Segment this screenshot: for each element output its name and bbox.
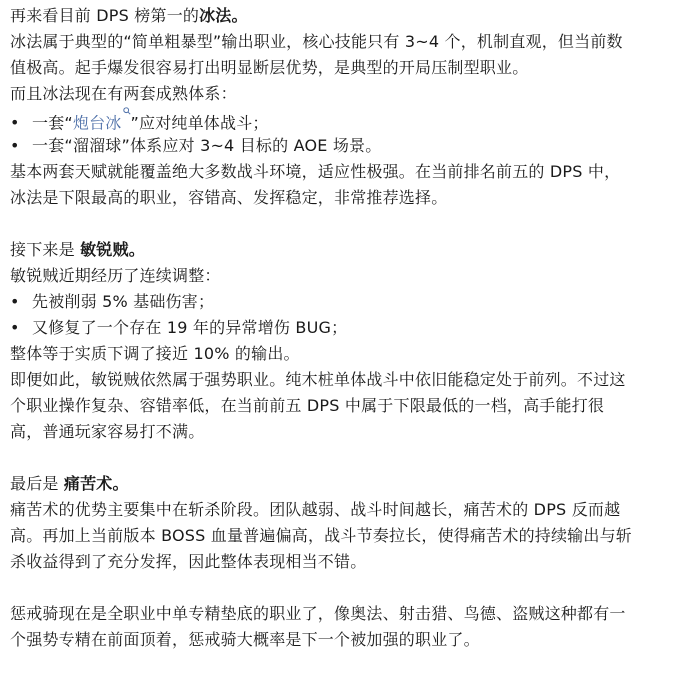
spacer [10, 211, 685, 237]
rogue-heading: 接下来是 敏锐贼。 [10, 237, 685, 263]
paragraph-line: 冰法属于典型的“简单粗暴型”输出职业，核心技能只有 3~4 个，机制直观，但当前… [10, 29, 685, 55]
paragraph-line: 而且冰法现在有两套成熟体系： [10, 81, 685, 107]
warlock-heading: 最后是 痛苦术。 [10, 471, 685, 497]
paragraph-line: 基本两套天赋就能覆盖绝大多数战斗环境，适应性极强。在当前排名前五的 DPS 中， [10, 159, 685, 185]
paragraph-line: 个职业操作复杂、容错率低，在当前前五 DPS 中属于下限最低的一档，高手能打很 [10, 393, 685, 419]
list-item: •先被削弱 5% 基础伤害； [10, 289, 685, 315]
frost-mage-heading: 再来看目前 DPS 榜第一的冰法。 [10, 3, 685, 29]
spacer [10, 575, 685, 601]
paragraph-line: 痛苦术的优势主要集中在斩杀阶段。团队越弱、战斗时间越长，痛苦术的 DPS 反而越 [10, 497, 685, 523]
list-item-text: 一套“溜溜球”体系应对 3~4 目标的 AOE 场景。 [32, 136, 381, 155]
paragraph-line: 高。再加上当前版本 BOSS 血量普遍偏高，战斗节奏拉长，使得痛苦术的持续输出与… [10, 523, 685, 549]
list-item: •又修复了一个存在 19 年的异常增伤 BUG； [10, 315, 685, 341]
list-item: •一套“炮台冰”应对纯单体战斗； [10, 107, 685, 133]
paragraph-line: 惩戒骑现在是全职业中单专精垫底的职业了，像奥法、射击猎、鸟德、盗贼这种都有一 [10, 601, 685, 627]
bullet-icon: • [10, 315, 32, 341]
bullet-icon: • [10, 289, 32, 315]
paragraph-line: 杀收益得到了充分发挥，因此整体表现相当不错。 [10, 549, 685, 575]
list-item-text: ”应对纯单体战斗； [131, 113, 269, 132]
article-body: 再来看目前 DPS 榜第一的冰法。 冰法属于典型的“简单粗暴型”输出职业，核心技… [0, 0, 695, 653]
paragraph-line: 个强势专精在前面顶着，惩戒骑大概率是下一个被加强的职业了。 [10, 627, 685, 653]
list-item-text: 先被削弱 5% 基础伤害； [32, 292, 214, 311]
paragraph-line: 高，普通玩家容易打不满。 [10, 419, 685, 445]
heading-bold-text: 冰法。 [199, 6, 248, 25]
heading-text: 接下来是 [10, 240, 80, 259]
paragraph-line: 值极高。起手爆发很容易打出明显断层优势，是典型的开局压制型职业。 [10, 55, 685, 81]
heading-text: 再来看目前 DPS 榜第一的 [10, 6, 199, 25]
paragraph-line: 敏锐贼近期经历了连续调整： [10, 263, 685, 289]
paragraph-line: 即便如此，敏锐贼依然属于强势职业。纯木桩单体战斗中依旧能稳定处于前列。不过这 [10, 367, 685, 393]
search-icon[interactable] [123, 107, 131, 133]
heading-bold-text: 敏锐贼。 [80, 240, 145, 259]
heading-bold-text: 痛苦术。 [64, 474, 129, 493]
list-item-text: 一套“ [32, 113, 73, 132]
bullet-icon: • [10, 133, 32, 159]
paragraph-line: 整体等于实质下调了接近 10% 的输出。 [10, 341, 685, 367]
heading-text: 最后是 [10, 474, 64, 493]
list-item: •一套“溜溜球”体系应对 3~4 目标的 AOE 场景。 [10, 133, 685, 159]
search-link[interactable]: 炮台冰 [73, 113, 122, 132]
paragraph-line: 冰法是下限最高的职业，容错高、发挥稳定，非常推荐选择。 [10, 185, 685, 211]
list-item-text: 又修复了一个存在 19 年的异常增伤 BUG； [32, 318, 347, 337]
spacer [10, 445, 685, 471]
